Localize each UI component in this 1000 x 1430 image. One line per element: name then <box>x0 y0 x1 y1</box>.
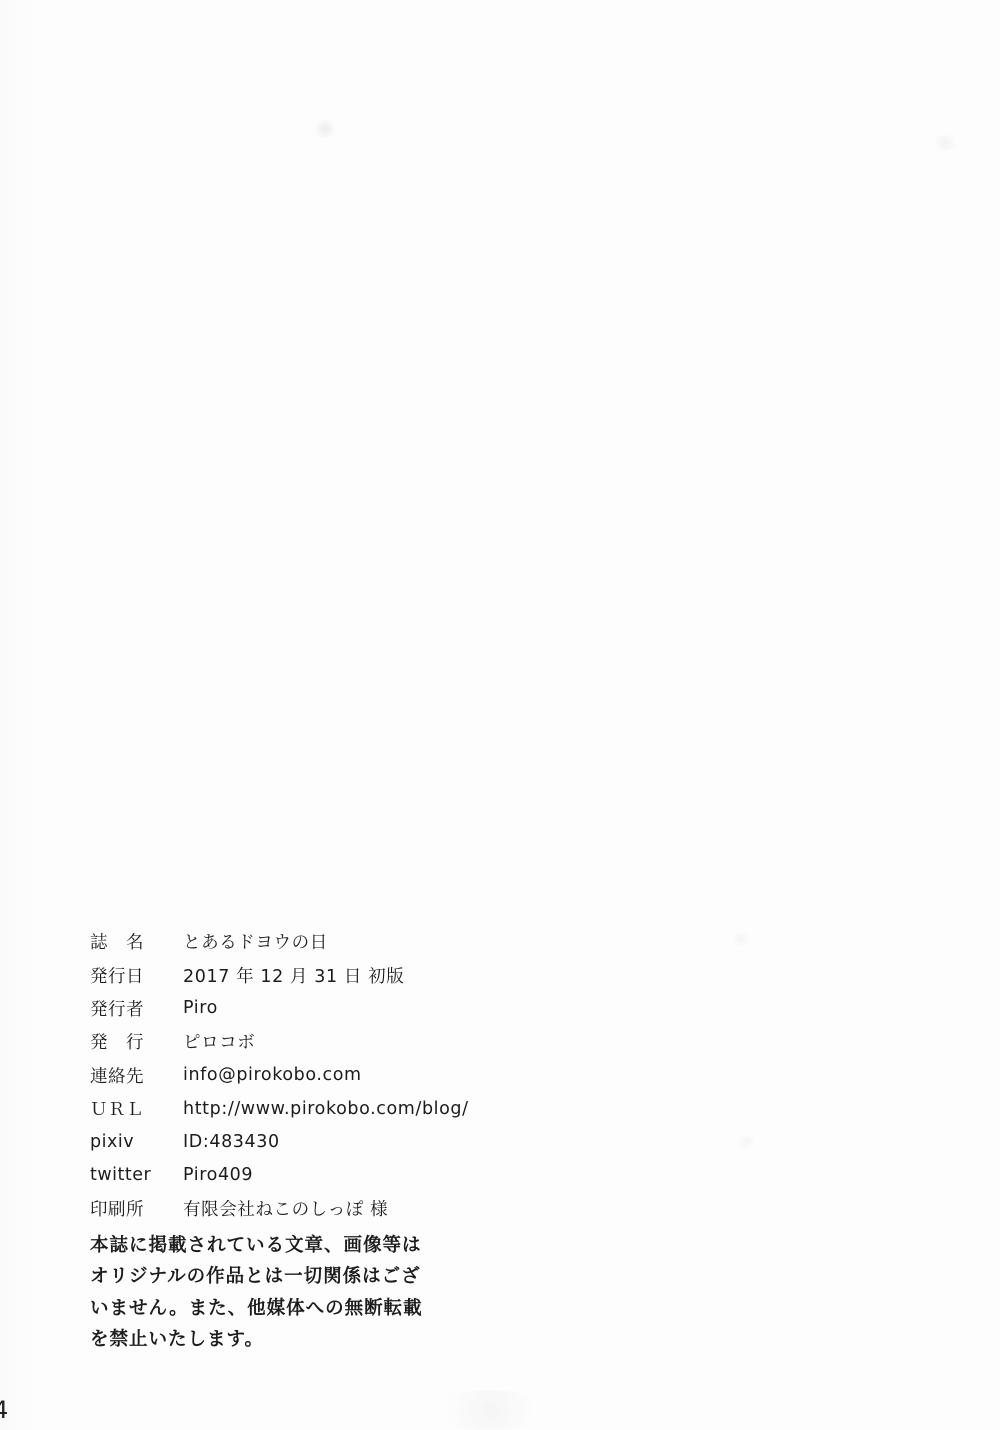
colophon-row-twitter: twitter Piro409 <box>90 1159 469 1192</box>
colophon-value-url: http://www.pirokobo.com/blog/ <box>183 1099 469 1119</box>
disclaimer-line: を禁止いたします。 <box>90 1323 423 1355</box>
colophon-value: Piro <box>183 998 218 1018</box>
colophon-row-pixiv: pixiv ID:483430 <box>90 1125 469 1158</box>
colophon-value: 2017 年 12 月 31 日 初版 <box>183 963 404 988</box>
colophon-row-title: 誌 名 とあるドヨウの日 <box>90 925 469 958</box>
colophon-value: Piro409 <box>183 1165 253 1185</box>
scan-speck <box>730 932 752 946</box>
colophon-label: 発 行 <box>90 1029 183 1054</box>
colophon-row-circle: 発 行 ピロコボ <box>90 1025 469 1058</box>
scan-speck <box>312 120 338 138</box>
disclaimer-paragraph: 本誌に掲載されている文章、画像等は オリジナルの作品とは一切関係はござ いません… <box>90 1228 423 1354</box>
colophon-label: 発行日 <box>90 963 183 988</box>
colophon-label: pixiv <box>90 1132 183 1152</box>
scan-speck <box>930 135 960 151</box>
scan-speck <box>735 1135 757 1149</box>
disclaimer-line: いません。また、他媒体への無断転載 <box>90 1291 423 1323</box>
colophon-value: 有限会社ねこのしっぽ 様 <box>183 1196 388 1221</box>
scan-speck <box>430 1390 550 1430</box>
colophon-value: ピロコボ <box>183 1029 255 1054</box>
disclaimer-line: 本誌に掲載されている文章、画像等は <box>90 1228 423 1260</box>
colophon-block: 誌 名 とあるドヨウの日 発行日 2017 年 12 月 31 日 初版 発行者… <box>90 925 469 1226</box>
colophon-label: 発行者 <box>90 996 183 1021</box>
colophon-value: とあるドヨウの日 <box>183 929 328 954</box>
colophon-row-contact: 連絡先 info@pirokobo.com <box>90 1059 469 1092</box>
colophon-value-email: info@pirokobo.com <box>183 1065 362 1085</box>
colophon-row-publish-date: 発行日 2017 年 12 月 31 日 初版 <box>90 958 469 991</box>
colophon-label: 印刷所 <box>90 1196 183 1221</box>
colophon-value: ID:483430 <box>183 1132 280 1152</box>
colophon-label: 誌 名 <box>90 929 183 954</box>
colophon-label: ＵＲＬ <box>90 1096 183 1121</box>
colophon-row-publisher-person: 発行者 Piro <box>90 992 469 1025</box>
scanned-page: 誌 名 とあるドヨウの日 発行日 2017 年 12 月 31 日 初版 発行者… <box>0 0 1000 1430</box>
colophon-label: twitter <box>90 1165 183 1185</box>
colophon-label: 連絡先 <box>90 1063 183 1088</box>
colophon-row-url: ＵＲＬ http://www.pirokobo.com/blog/ <box>90 1092 469 1125</box>
colophon-row-printer: 印刷所 有限会社ねこのしっぽ 様 <box>90 1192 469 1225</box>
page-number: 4 <box>0 1396 8 1424</box>
disclaimer-line: オリジナルの作品とは一切関係はござ <box>90 1260 423 1292</box>
